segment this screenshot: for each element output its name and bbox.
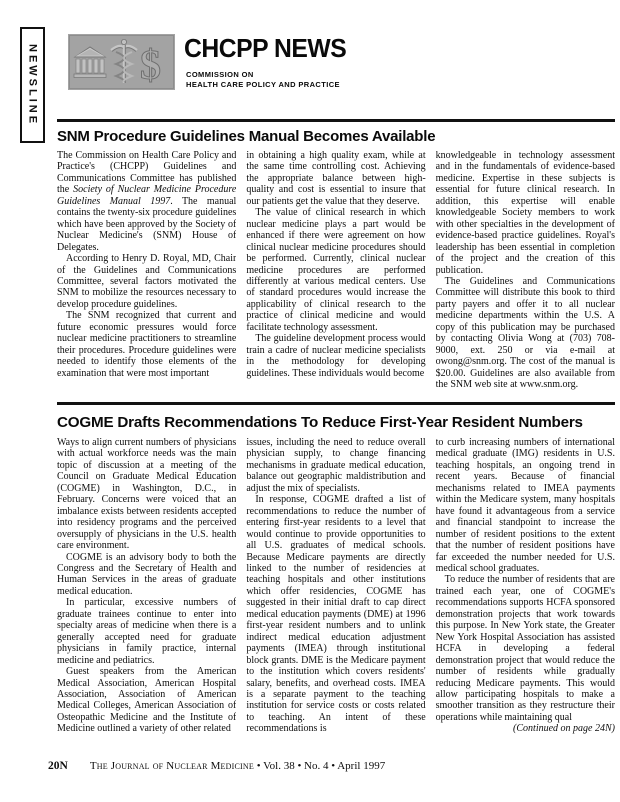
chcpp-emblem: $ [68, 34, 175, 90]
article-cogme-recommendations: COGME Drafts Recommendations To Reduce F… [57, 414, 615, 759]
chcpp-emblem-graphic: $ [68, 34, 175, 90]
article-column-3: to curb increasing numbers of internatio… [436, 437, 615, 759]
paragraph: to curb increasing numbers of internatio… [436, 437, 615, 574]
article-title: COGME Drafts Recommendations To Reduce F… [57, 414, 615, 431]
paragraph: knowledgeable in technology assessment a… [436, 150, 615, 276]
masthead-subtitle-line1: COMMISSION ON [186, 70, 340, 80]
page-content: SNM Procedure Guidelines Manual Becomes … [57, 125, 615, 759]
newsline-label: NEWSLINE [27, 44, 39, 126]
article-column-2: in obtaining a high quality exam, while … [246, 150, 425, 394]
article-columns: The Commission on Health Care Policy and… [57, 150, 615, 394]
newsline-banner: NEWSLINE [20, 27, 45, 143]
paragraph: According to Henry D. Royal, MD, Chair o… [57, 253, 236, 310]
journal-name: The Journal of Nuclear Medicine [90, 760, 254, 772]
article-column-2: issues, including the need to reduce ove… [246, 437, 425, 759]
paragraph: in obtaining a high quality exam, while … [246, 150, 425, 207]
masthead-subtitle: COMMISSION ON HEALTH CARE POLICY AND PRA… [186, 70, 340, 90]
masthead-rule [57, 119, 615, 122]
article-divider-rule [57, 402, 615, 405]
paragraph: The Guidelines and Communications Commit… [436, 276, 615, 391]
page-number: 20N [48, 760, 68, 772]
paragraph: The guideline development process would … [246, 333, 425, 379]
paragraph: The value of clinical research in which … [246, 207, 425, 333]
article-snm-guidelines: SNM Procedure Guidelines Manual Becomes … [57, 128, 615, 394]
paragraph: issues, including the need to reduce ove… [246, 437, 425, 494]
paragraph: To reduce the number of residents that a… [436, 574, 615, 723]
article-column-1: Ways to align current numbers of physici… [57, 437, 236, 759]
paragraph: COGME is an advisory body to both the Co… [57, 552, 236, 598]
svg-text:$: $ [140, 43, 161, 89]
article-column-3: knowledgeable in technology assessment a… [436, 150, 615, 394]
paragraph: The SNM recognized that current and futu… [57, 310, 236, 379]
issue-info: • Vol. 38 • No. 4 • April 1997 [254, 760, 385, 772]
masthead-title: CHCPP NEWS [184, 33, 346, 64]
article-columns: Ways to align current numbers of physici… [57, 437, 615, 759]
masthead-subtitle-line2: HEALTH CARE POLICY AND PRACTICE [186, 80, 340, 90]
article-column-1: The Commission on Health Care Policy and… [57, 150, 236, 394]
page-footer: 20NThe Journal of Nuclear Medicine • Vol… [48, 760, 608, 772]
paragraph: In response, COGME drafted a list of rec… [246, 494, 425, 735]
article-title: SNM Procedure Guidelines Manual Becomes … [57, 128, 615, 145]
paragraph: (Continued on page 24N) [436, 723, 615, 734]
paragraph: In particular, excessive numbers of grad… [57, 597, 236, 666]
paragraph: The Commission on Health Care Policy and… [57, 150, 236, 253]
paragraph: Ways to align current numbers of physici… [57, 437, 236, 552]
paragraph: Guest speakers from the American Medical… [57, 666, 236, 735]
dollar-icon: $ [140, 43, 161, 89]
